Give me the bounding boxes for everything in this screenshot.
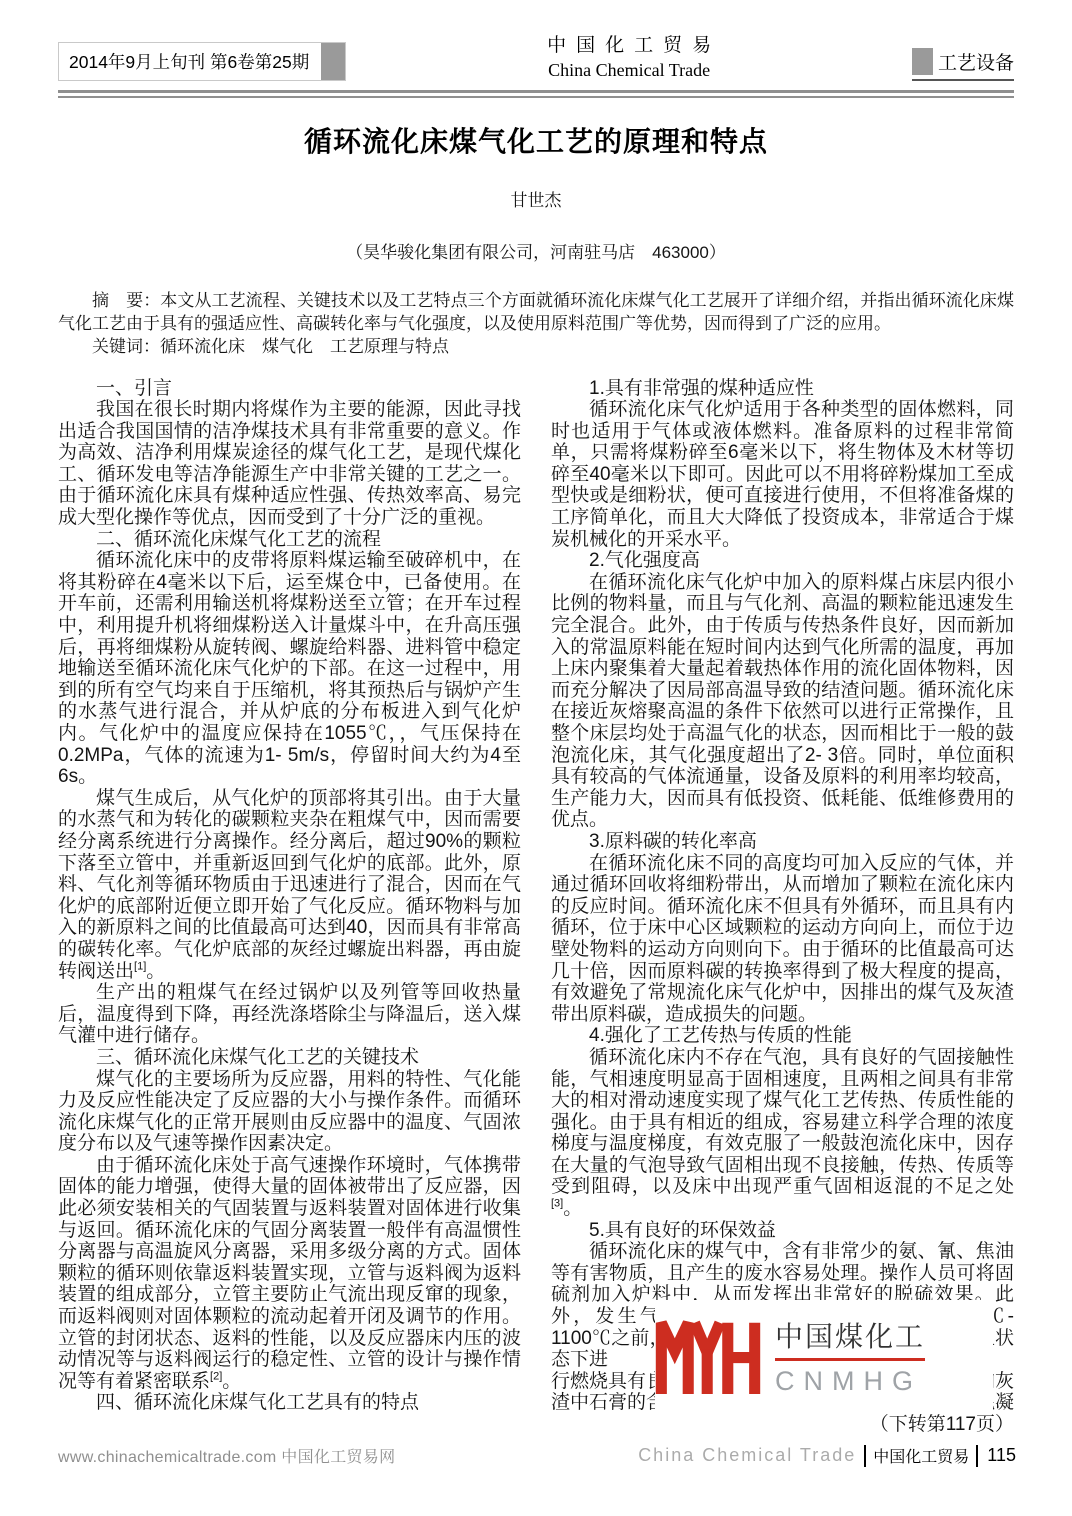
paragraph: 煤气化的主要场所为反应器，用料的特性、气化能力及反应性能决定了反应器的大小与操作… (58, 1069, 521, 1155)
journal-page: 2014年9月上旬刊 第6卷第25期 中国化工贸易 China Chemical… (0, 0, 1072, 1516)
section-heading: 三、循环流化床煤气化工艺的关键技术 (58, 1047, 521, 1069)
right-column: 1.具有非常强的煤种适应性循环流化床气化炉适用于各种类型的固体燃料，同时也适用于… (551, 378, 1014, 1436)
paragraph: 循环流化床气化炉适用于各种类型的固体燃料，同时也适用于气体或液体燃料。准备原料的… (551, 399, 1014, 550)
page-number: 115 (978, 1445, 1016, 1466)
paragraph: 循环流化床内不存在气泡，具有良好的气固接触性能，气相速度明显高于固相速度，且两相… (551, 1047, 1014, 1220)
section-heading: 5.具有良好的环保效益 (551, 1220, 1014, 1242)
footer-website: www.chinachemicaltrade.com 中国化工贸易网 (58, 1444, 395, 1467)
section-heading: 4.强化了工艺传热与传质的性能 (551, 1025, 1014, 1047)
section-heading: 3.原料碳的转化率高 (551, 831, 1014, 853)
issue-marker-square (321, 43, 345, 80)
page-footer: www.chinachemicaltrade.com 中国化工贸易网 China… (58, 1444, 1016, 1467)
abstract-text: 摘 要：本文从工艺流程、关键技术以及工艺特点三个方面就循环流化床煤气化工艺展开了… (58, 289, 1014, 335)
article-body: 一、引言我国在很长时期内将煤作为主要的能源，因此寻找出适合我国国情的洁净煤技术具… (58, 378, 1014, 1436)
page-header: 2014年9月上旬刊 第6卷第25期 中国化工贸易 China Chemical… (58, 28, 1014, 81)
footer-right: China Chemical Trade 中国化工贸易 115 (638, 1444, 1016, 1467)
article-title: 循环流化床煤气化工艺的原理和特点 (58, 120, 1014, 160)
column-tag-label: 工艺设备 (938, 48, 1014, 75)
column-tag: 工艺设备 (912, 48, 1014, 81)
watermark-subtitle: CNMHG (775, 1366, 922, 1397)
paragraph: 由于循环流化床处于高气速操作环境时，气体携带固体的能力增强，使得大量的固体被带出… (58, 1155, 521, 1393)
section-heading: 一、引言 (58, 378, 521, 400)
paragraph: 我国在很长时期内将煤作为主要的能源，因此寻找出适合我国国情的洁净煤技术具有非常重… (58, 399, 521, 529)
article-affiliation: （昊华骏化集团有限公司，河南驻马店 463000） (58, 238, 1014, 263)
paragraph: 生产出的粗煤气在经过锅炉以及列管等回收热量后，温度得到下降，再经洗涤塔除尘与降温… (58, 982, 521, 1047)
watermark: 中国煤化工 CNMHG (655, 1300, 993, 1412)
section-heading: 2.气化强度高 (551, 550, 1014, 572)
paragraph: 在循环流化床气化炉中加入的原料煤占床层内很小比例的物料量，而且与气化剂、高温的颗… (551, 572, 1014, 831)
paragraph: （下转第117页） (551, 1414, 1014, 1436)
journal-name-cn: 中国化工贸易 (537, 30, 721, 57)
coal-chem-logo-icon (655, 1306, 761, 1406)
header-rule-thin (58, 96, 1014, 98)
paragraph: 煤气生成后，从气化炉的顶部将其引出。由于大量的水蒸气和为转化的碳颗粒夹杂在粗煤气… (58, 788, 521, 982)
issue-text: 2014年9月上旬刊 第6卷第25期 (69, 52, 309, 72)
article-author: 甘世杰 (58, 186, 1014, 211)
section-heading: 四、循环流化床煤气化工艺具有的特点 (58, 1392, 521, 1414)
section-heading: 1.具有非常强的煤种适应性 (551, 378, 1014, 400)
watermark-text: 中国煤化工 CNMHG (775, 1315, 925, 1397)
section-heading: 二、循环流化床煤气化工艺的流程 (58, 529, 521, 551)
keywords-text: 关键词：循环流化床 煤气化 工艺原理与特点 (58, 335, 1014, 358)
left-column: 一、引言我国在很长时期内将煤作为主要的能源，因此寻找出适合我国国情的洁净煤技术具… (58, 378, 521, 1436)
issue-label: 2014年9月上旬刊 第6卷第25期 (58, 42, 346, 81)
column-marker-square (912, 48, 933, 75)
watermark-underline (775, 1358, 925, 1361)
footer-journal-cn: 中国化工贸易 (866, 1444, 976, 1467)
paragraph: 在循环流化床不同的高度均可加入反应的气体，并通过循环回收将细粉带出，从而增加了颗… (551, 853, 1014, 1026)
journal-brand: 中国化工贸易 China Chemical Trade (537, 30, 721, 81)
paragraph: 循环流化床中的皮带将原料煤运输至破碎机中，在将其粉碎在4毫米以下后，运至煤仓中，… (58, 550, 521, 788)
footer-journal-en: China Chemical Trade (638, 1445, 864, 1466)
abstract-block: 摘 要：本文从工艺流程、关键技术以及工艺特点三个方面就循环流化床煤气化工艺展开了… (58, 289, 1014, 358)
header-rule-thick (58, 90, 1014, 93)
journal-name-en: China Chemical Trade (537, 60, 721, 81)
watermark-title: 中国煤化工 (775, 1315, 925, 1355)
